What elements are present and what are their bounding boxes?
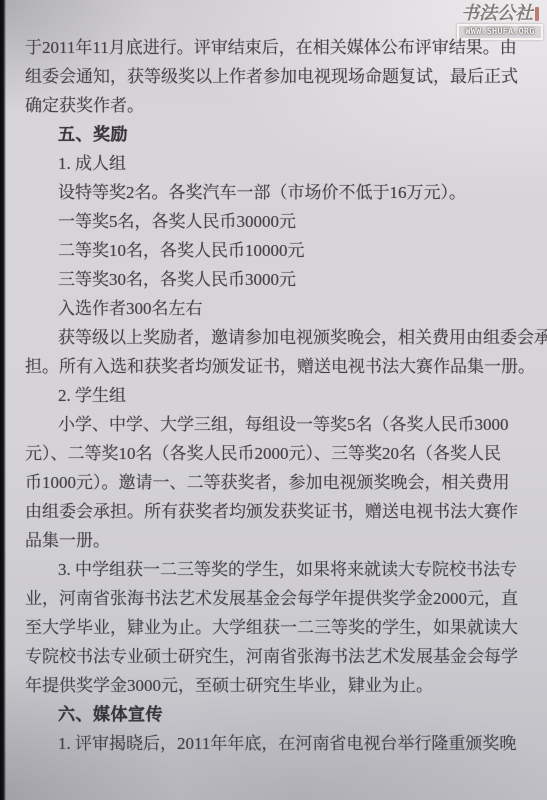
text-line: 一等奖5名，各奖人民币30000元 [25, 207, 527, 236]
red-seal-icon [535, 7, 539, 21]
text-line: 至大学毕业，肄业为止。大学组获一二三等奖的学生，如果就读大 [25, 613, 527, 642]
section-heading: 六、媒体宣传 [25, 700, 527, 729]
shufa-logo-text: 书法公社 [461, 3, 533, 23]
text-line: 元）、二等奖10名（各奖人民币2000元）、三等奖20名（各奖人民 [25, 439, 527, 468]
text-line: 设特等奖2名。各奖汽车一部（市场价不低于16万元）。 [25, 178, 527, 207]
text-line: 三等奖30名，各奖人民币3000元 [25, 265, 527, 294]
text-line: 品集一册。 [25, 526, 527, 555]
text-line: 入选作者300名左右 [25, 294, 527, 323]
document-text: 于2011年11月底进行。评审结束后，在相关媒体公布评审结果。由组委会通知，获等… [25, 33, 527, 758]
text-line: 2. 学生组 [25, 381, 527, 410]
text-line: 于2011年11月底进行。评审结束后，在相关媒体公布评审结果。由 [25, 33, 527, 62]
shufa-logo-calligraphy: 书法公社 [457, 3, 543, 23]
text-line: 年提供奖学金3000元，至硕士研究生毕业，肄业为止。 [25, 671, 527, 700]
text-line: 业，河南省张海书法艺术发展基金会每学年提供奖学金2000元，直 [25, 584, 527, 613]
text-line: 专院校书法专业硕士研究生，河南省张海书法艺术发展基金会每学 [25, 642, 527, 671]
text-line: 1. 成人组 [25, 149, 527, 178]
text-line: 二等奖10名，各奖人民币10000元 [25, 236, 527, 265]
text-line: 由组委会承担。所有获奖者均颁发获奖证书，赠送电视书法大赛作 [25, 497, 527, 526]
photo-edge [0, 0, 6, 800]
text-line: 1. 评审揭晓后，2011年年底，在河南省电视台举行隆重颁奖晚 [25, 729, 527, 758]
text-line: 币1000元）。邀请一、二等获奖者，参加电视颁奖晚会，相关费用 [25, 468, 527, 497]
text-line: 担。所有入选和获奖者均颁发证书，赠送电视书法大赛作品集一册。 [25, 352, 527, 381]
text-line: 确定获奖作者。 [25, 91, 527, 120]
text-line: 小学、中学、大学三组，每组设一等奖5名（各奖人民币3000 [25, 410, 527, 439]
text-line: 组委会通知，获等级奖以上作者参加电视现场命题复试，最后正式 [25, 62, 527, 91]
section-heading: 五、奖励 [25, 120, 527, 149]
text-line: 获等级以上奖励者，邀请参加电视颁奖晚会，相关费用由组委会承 [25, 323, 527, 352]
text-line: 3. 中学组获一二三等奖的学生，如果将来就读大专院校书法专 [25, 555, 527, 584]
scanned-document-page: 书法公社 WWW.SHUFA.ORG 于2011年11月底进行。评审结束后，在相… [0, 0, 547, 800]
